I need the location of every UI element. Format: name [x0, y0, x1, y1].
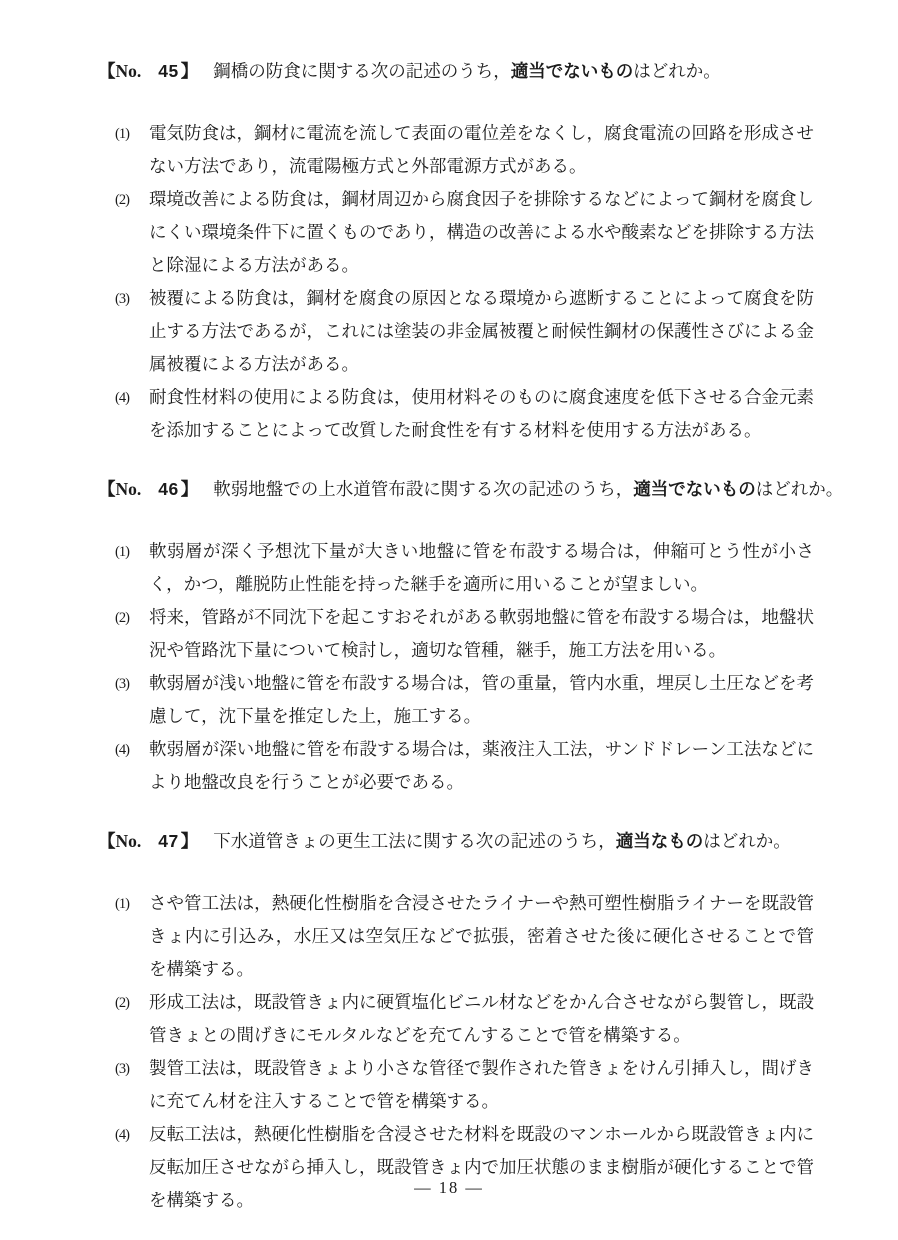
question-45-number: 45: [158, 61, 178, 81]
question-46-stem: 軟弱地盤での上水道管布設に関する次の記述のうち，適当でないものはどれか。: [213, 479, 843, 499]
option-text: 被覆による防食は，鋼材を腐食の原因となる環境から遮断することによって腐食を防止す…: [149, 282, 814, 381]
option-text: 将来，管路が不同沈下を起こすおそれがある軟弱地盤に管を布設する場合は，地盤状況や…: [149, 601, 814, 667]
question-45: 【No.45】鋼橋の防食に関する次の記述のうち，適当でないものはどれか。 (1)…: [98, 55, 814, 447]
stem-emphasis: 適当でないもの: [511, 61, 634, 81]
option-number: (3): [115, 667, 149, 701]
question-47-number: 47: [158, 831, 178, 851]
option-47-3: (3) 製管工法は，既設管きょより小さな管径で製作された管きょをけん引挿入し，間…: [115, 1052, 814, 1118]
stem-emphasis: 適当でないもの: [633, 479, 756, 499]
option-number: (2): [115, 601, 149, 635]
question-47-options: (1) さや管工法は，熱硬化性樹脂を含浸させたライナーや熱可塑性樹脂ライナーを既…: [98, 887, 814, 1217]
option-number: (3): [115, 1052, 149, 1086]
option-45-4: (4) 耐食性材料の使用による防食は，使用材料そのものに腐食速度を低下させる合金…: [115, 381, 814, 447]
stem-text: 下水道管きょの更生工法に関する次の記述のうち，: [213, 831, 616, 851]
question-45-number-bracket: 【No.45】: [98, 61, 198, 81]
question-47-stem: 下水道管きょの更生工法に関する次の記述のうち，適当なものはどれか。: [213, 831, 791, 851]
stem-text: はどれか。: [633, 61, 721, 81]
option-text: 軟弱層が深い地盤に管を布設する場合は，薬液注入工法，サンドドレーン工法などにより…: [149, 733, 814, 799]
no-open: 【No.: [98, 479, 141, 499]
option-text: 製管工法は，既設管きょより小さな管径で製作された管きょをけん引挿入し，間げきに充…: [149, 1052, 814, 1118]
option-number: (1): [115, 887, 149, 921]
option-text: 軟弱層が深く予想沈下量が大きい地盤に管を布設する場合は，伸縮可とう性が小さく，か…: [149, 535, 814, 601]
option-45-2: (2) 環境改善による防食は，鋼材周辺から腐食因子を排除するなどによって鋼材を腐…: [115, 183, 814, 282]
question-46: 【No.46】軟弱地盤での上水道管布設に関する次の記述のうち，適当でないものはど…: [98, 473, 814, 799]
option-number: (3): [115, 282, 149, 316]
no-open: 【No.: [98, 831, 141, 851]
no-close: 】: [181, 61, 199, 81]
option-46-4: (4) 軟弱層が深い地盤に管を布設する場合は，薬液注入工法，サンドドレーン工法な…: [115, 733, 814, 799]
option-46-1: (1) 軟弱層が深く予想沈下量が大きい地盤に管を布設する場合は，伸縮可とう性が小…: [115, 535, 814, 601]
option-text: 軟弱層が浅い地盤に管を布設する場合は，管の重量，管内水重，埋戻し土圧などを考慮し…: [149, 667, 814, 733]
option-46-2: (2) 将来，管路が不同沈下を起こすおそれがある軟弱地盤に管を布設する場合は，地…: [115, 601, 814, 667]
stem-text: 鋼橋の防食に関する次の記述のうち，: [213, 61, 511, 81]
option-text: 反転工法は，熱硬化性樹脂を含浸させた材料を既設のマンホールから既設管きょ内に反転…: [149, 1118, 814, 1217]
option-46-3: (3) 軟弱層が浅い地盤に管を布設する場合は，管の重量，管内水重，埋戻し土圧など…: [115, 667, 814, 733]
option-number: (2): [115, 183, 149, 217]
option-number: (1): [115, 117, 149, 151]
question-47-number-bracket: 【No.47】: [98, 831, 198, 851]
option-text: 環境改善による防食は，鋼材周辺から腐食因子を排除するなどによって鋼材を腐食しにく…: [149, 183, 814, 282]
stem-emphasis: 適当なもの: [616, 831, 704, 851]
no-close: 】: [181, 479, 199, 499]
option-number: (4): [115, 733, 149, 767]
option-number: (4): [115, 1118, 149, 1152]
option-number: (4): [115, 381, 149, 415]
option-47-2: (2) 形成工法は，既設管きょ内に硬質塩化ビニル材などをかん合させながら製管し，…: [115, 986, 814, 1052]
question-47-header: 【No.47】下水道管きょの更生工法に関する次の記述のうち，適当なものはどれか。: [98, 825, 814, 858]
question-46-header: 【No.46】軟弱地盤での上水道管布設に関する次の記述のうち，適当でないものはど…: [98, 473, 814, 506]
option-text: 耐食性材料の使用による防食は，使用材料そのものに腐食速度を低下させる合金元素を添…: [149, 381, 814, 447]
no-close: 】: [181, 831, 199, 851]
option-number: (1): [115, 535, 149, 569]
page-number: — 18 —: [0, 1178, 898, 1198]
option-45-1: (1) 電気防食は，鋼材に電流を流して表面の電位差をなくし，腐食電流の回路を形成…: [115, 117, 814, 183]
no-open: 【No.: [98, 61, 141, 81]
option-text: さや管工法は，熱硬化性樹脂を含浸させたライナーや熱可塑性樹脂ライナーを既設管きょ…: [149, 887, 814, 986]
question-46-number-bracket: 【No.46】: [98, 479, 198, 499]
option-47-4: (4) 反転工法は，熱硬化性樹脂を含浸させた材料を既設のマンホールから既設管きょ…: [115, 1118, 814, 1217]
question-46-options: (1) 軟弱層が深く予想沈下量が大きい地盤に管を布設する場合は，伸縮可とう性が小…: [98, 535, 814, 799]
stem-text: はどれか。: [756, 479, 844, 499]
stem-text: 軟弱地盤での上水道管布設に関する次の記述のうち，: [213, 479, 633, 499]
option-45-3: (3) 被覆による防食は，鋼材を腐食の原因となる環境から遮断することによって腐食…: [115, 282, 814, 381]
question-46-number: 46: [158, 479, 178, 499]
option-text: 形成工法は，既設管きょ内に硬質塩化ビニル材などをかん合させながら製管し，既設管き…: [149, 986, 814, 1052]
question-45-options: (1) 電気防食は，鋼材に電流を流して表面の電位差をなくし，腐食電流の回路を形成…: [98, 117, 814, 447]
question-47: 【No.47】下水道管きょの更生工法に関する次の記述のうち，適当なものはどれか。…: [98, 825, 814, 1217]
question-45-header: 【No.45】鋼橋の防食に関する次の記述のうち，適当でないものはどれか。: [98, 55, 814, 88]
stem-text: はどれか。: [703, 831, 791, 851]
exam-page: 【No.45】鋼橋の防食に関する次の記述のうち，適当でないものはどれか。 (1)…: [0, 0, 898, 1217]
option-number: (2): [115, 986, 149, 1020]
option-47-1: (1) さや管工法は，熱硬化性樹脂を含浸させたライナーや熱可塑性樹脂ライナーを既…: [115, 887, 814, 986]
question-45-stem: 鋼橋の防食に関する次の記述のうち，適当でないものはどれか。: [213, 61, 721, 81]
option-text: 電気防食は，鋼材に電流を流して表面の電位差をなくし，腐食電流の回路を形成させない…: [149, 117, 814, 183]
